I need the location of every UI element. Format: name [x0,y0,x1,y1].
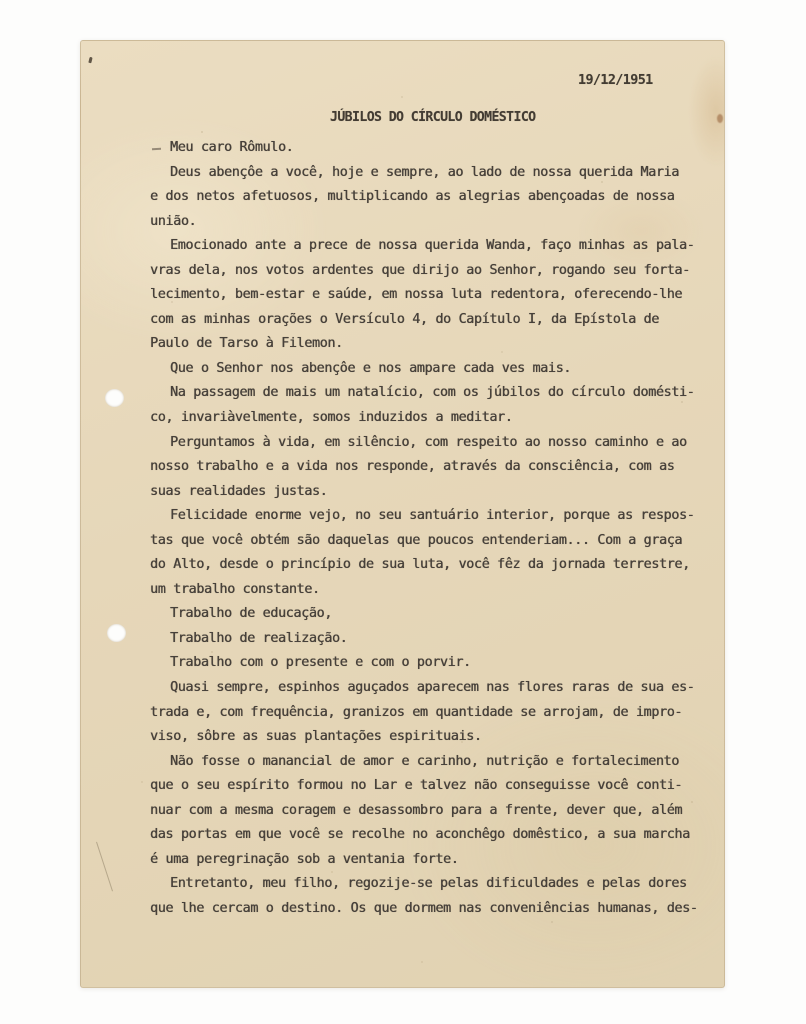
typed-line: Felicidade enorme vejo, no seu santuário… [150,504,725,529]
typed-line: que lhe cercam o destino. Os que dormem … [150,897,725,922]
typed-line: das portas em que você se recolhe no aco… [150,823,725,848]
typed-line: Na passagem de mais um natalício, com os… [150,381,725,406]
document-title: JÚBILOS DO CÍRCULO DOMÉSTICO [330,110,536,125]
typed-line: união. [150,210,725,235]
typed-line: é uma peregrinação sob a ventania forte. [150,848,725,873]
typed-line: Meu caro Rômulo. [150,136,725,161]
typed-line: um trabalho constante. [150,578,725,603]
typed-line: suas realidades justas. [150,480,725,505]
typed-line: vras dela, nos votos ardentes que dirijo… [150,259,725,284]
typed-line: Deus abençôe a você, hoje e sempre, ao l… [150,161,725,186]
date-stamp: 19/12/1951 [578,73,653,88]
punch-hole-top [105,389,124,407]
typed-line: Trabalho de educação, [150,602,725,627]
typed-line: Trabalho de realização. [150,627,725,652]
document-paper: 19/12/1951 JÚBILOS DO CÍRCULO DOMÉSTICO … [80,40,725,988]
typed-line: Paulo de Tarso à Filemon. [150,332,725,357]
typed-line: lecimento, bem-estar e saúde, em nossa l… [150,283,725,308]
typed-line: nosso trabalho e a vida nos responde, at… [150,455,725,480]
letter-body: Meu caro Rômulo.Deus abençôe a você, hoj… [150,136,725,922]
typed-line: tas que você obtém são daquelas que pouc… [150,529,725,554]
typed-line: trada e, com frequência, granizos em qua… [150,701,725,726]
typed-line: que o seu espírito formou no Lar e talve… [150,774,725,799]
typed-line: do Alto, desde o princípio de sua luta, … [150,553,725,578]
crease-mark [96,842,113,892]
typed-line: Quasi sempre, espinhos aguçados aparecem… [150,676,725,701]
typed-line: viso, sôbre as suas plantações espiritua… [150,725,725,750]
typed-line: Perguntamos à vida, em silêncio, com res… [150,431,725,456]
typed-line: e dos netos afetuosos, multiplicando as … [150,185,725,210]
typed-line: Que o Senhor nos abençôe e nos ampare ca… [150,357,725,382]
typed-line: nuar com a mesma coragem e desassombro p… [150,799,725,824]
typed-line: Não fosse o manancial de amor e carinho,… [150,750,725,775]
typed-line: com as minhas orações o Versículo 4, do … [150,308,725,333]
typed-line: Trabalho com o presente e com o porvir. [150,651,725,676]
foxing-stain [717,114,723,123]
punch-hole-bottom [107,624,126,642]
paper-texture-speckles [81,41,83,43]
typed-line: Entretanto, meu filho, regozije-se pelas… [150,872,725,897]
ink-speck [88,57,92,64]
typed-line: Emocionado ante a prece de nossa querida… [150,234,725,259]
typed-line: co, invariàvelmente, somos induzidos a m… [150,406,725,431]
